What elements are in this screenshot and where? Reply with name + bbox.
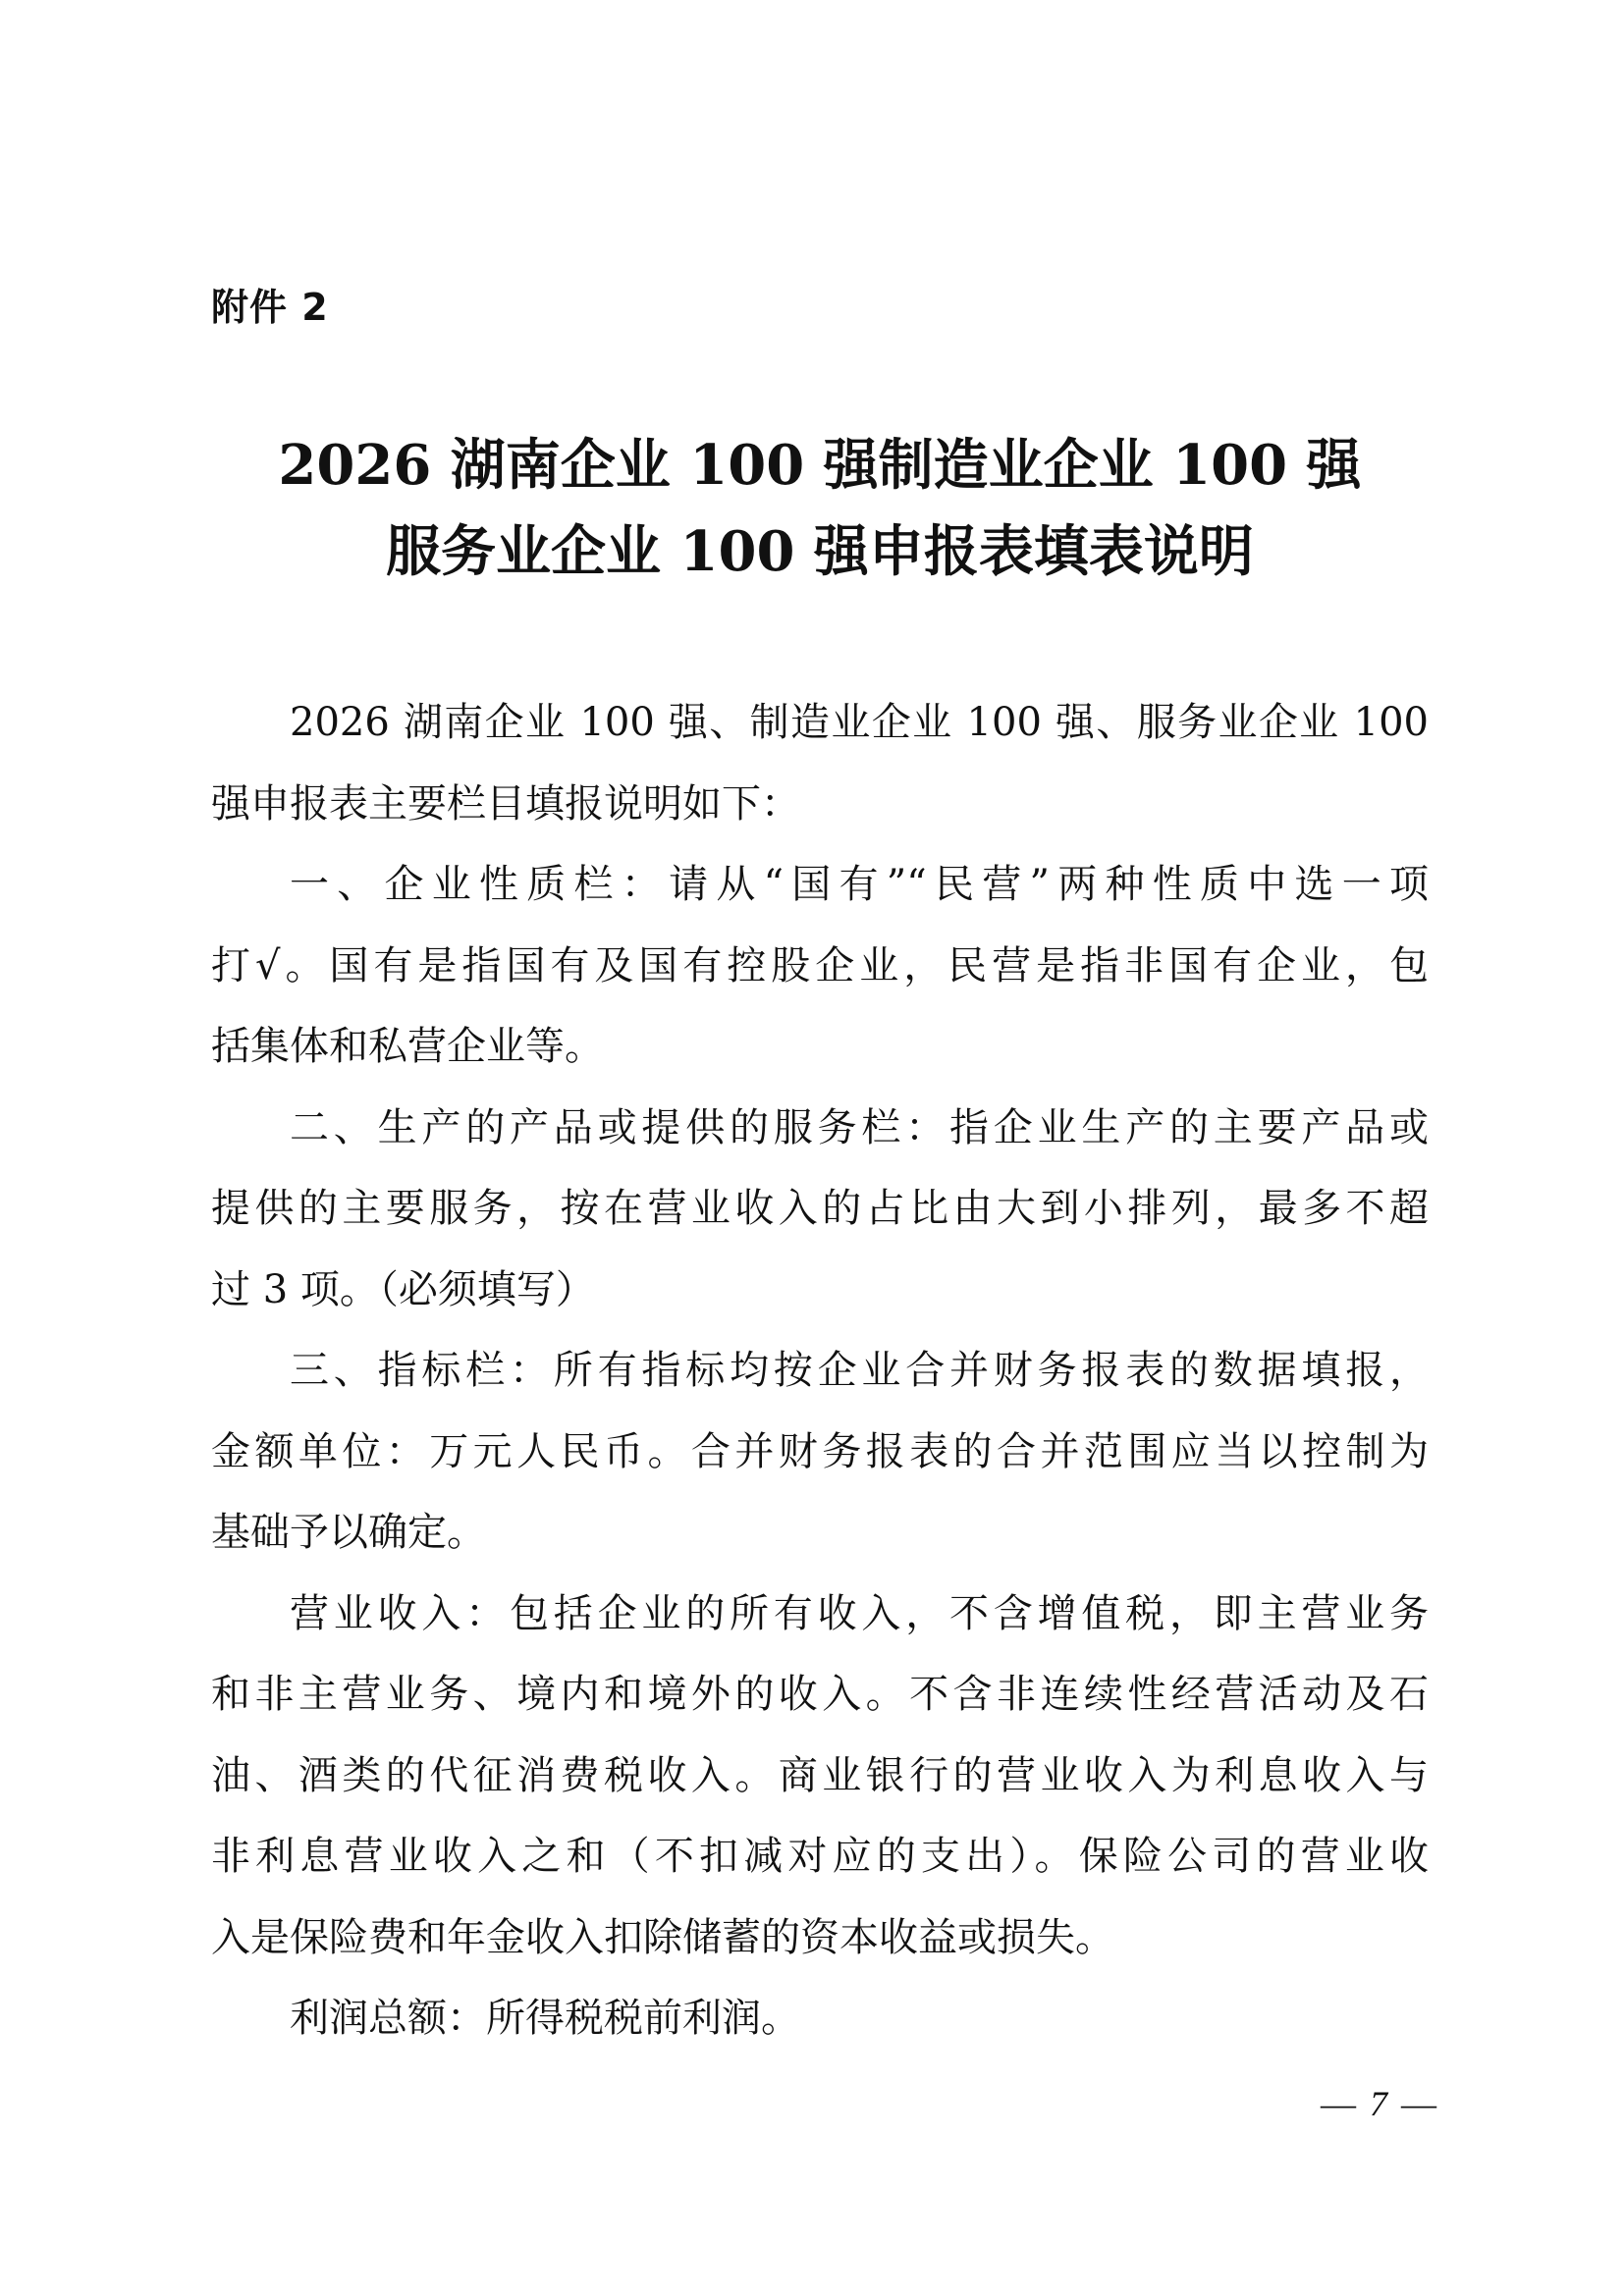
text-line: 括集体和私营企业等。 — [133, 1006, 1429, 1088]
text-line: 非利息营业收入之和（不扣减对应的支出）。保险公司的营业收 — [133, 1816, 1429, 1897]
paragraph-intro: 2026 湖南企业 100 强、制造业企业 100 强、服务业企业 100 强申… — [211, 682, 1429, 844]
page-number-value: 7 — [1370, 2084, 1387, 2123]
attachment-label: 附件 2 — [211, 277, 329, 331]
document-body: 2026 湖南企业 100 强、制造业企业 100 强、服务业企业 100 强申… — [211, 682, 1429, 2059]
text-line: 金额单位：万元人民币。合并财务报表的合并范围应当以控制为 — [133, 1412, 1429, 1493]
paragraph-enterprise-nature: 一、企业性质栏：请从“国有”“民营”两种性质中选一项 打√。国有是指国有及国有控… — [211, 844, 1429, 1088]
text-line: 强申报表主要栏目填报说明如下： — [133, 764, 1429, 845]
text-line: 三、指标栏：所有指标均按企业合并财务报表的数据填报， — [211, 1330, 1429, 1412]
text-line: 提供的主要服务，按在营业收入的占比由大到小排列，最多不超 — [133, 1168, 1429, 1250]
text-line: 油、酒类的代征消费税收入。商业银行的营业收入为利息收入与 — [133, 1735, 1429, 1817]
text-line: 入是保险费和年金收入扣除储蓄的资本收益或损失。 — [133, 1897, 1429, 1979]
paragraph-total-profit: 利润总额：所得税税前利润。 — [211, 1978, 1429, 2059]
text-line: 营业收入：包括企业的所有收入，不含增值税，即主营业务 — [211, 1574, 1429, 1655]
title-line-1: 2026 湖南企业 100 强制造业企业 100 强 — [211, 422, 1429, 508]
text-line: 过 3 项。（必须填写） — [133, 1250, 1429, 1331]
text-line: 基础予以确定。 — [133, 1492, 1429, 1574]
page-number: —7— — [1321, 2083, 1436, 2124]
text-line: 一、企业性质栏：请从“国有”“民营”两种性质中选一项 — [211, 844, 1429, 926]
page-dash-right: — — [1401, 2084, 1436, 2123]
text-line: 和非主营业务、境内和境外的收入。不含非连续性经营活动及石 — [133, 1654, 1429, 1735]
title-line-2: 服务业企业 100 强申报表填表说明 — [211, 508, 1429, 595]
paragraph-operating-revenue: 营业收入：包括企业的所有收入，不含增值税，即主营业务 和非主营业务、境内和境外的… — [211, 1574, 1429, 1979]
document-title: 2026 湖南企业 100 强制造业企业 100 强 服务业企业 100 强申报… — [211, 422, 1429, 595]
text-line: 二、生产的产品或提供的服务栏：指企业生产的主要产品或 — [211, 1088, 1429, 1169]
text-line: 2026 湖南企业 100 强、制造业企业 100 强、服务业企业 100 — [211, 682, 1429, 764]
text-line: 打√。国有是指国有及国有控股企业，民营是指非国有企业，包 — [133, 926, 1429, 1007]
page-dash-left: — — [1321, 2084, 1356, 2123]
text-line: 利润总额：所得税税前利润。 — [211, 1978, 1429, 2059]
paragraph-indicators: 三、指标栏：所有指标均按企业合并财务报表的数据填报， 金额单位：万元人民币。合并… — [211, 1330, 1429, 1574]
paragraph-products-services: 二、生产的产品或提供的服务栏：指企业生产的主要产品或 提供的主要服务，按在营业收… — [211, 1088, 1429, 1331]
